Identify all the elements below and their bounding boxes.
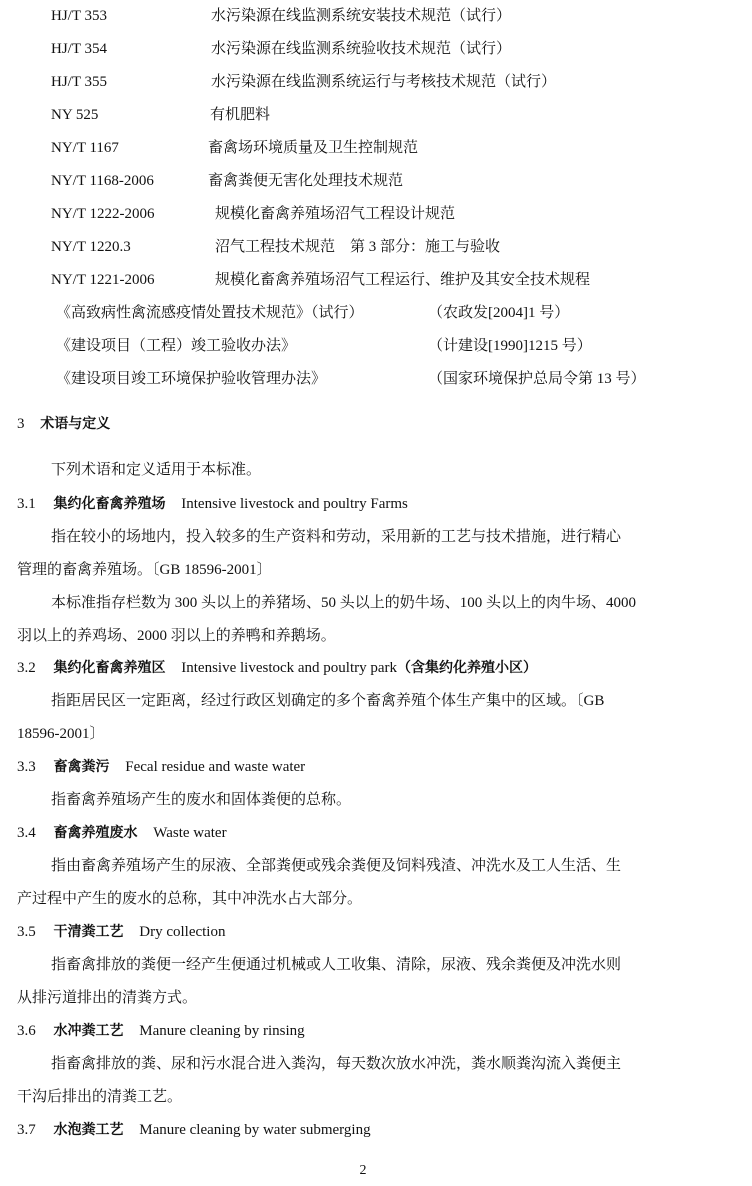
ref-code: NY 525: [51, 105, 98, 125]
ref-title: 有机肥料: [210, 105, 270, 125]
term-body: 产过程中产生的废水的总称，其中冲洗水占大部分。: [17, 889, 362, 909]
ref-title: 水污染源在线监测系统安装技术规范（试行）: [211, 6, 511, 26]
ref-title: 规模化畜禽养殖场沼气工程设计规范: [215, 204, 455, 224]
doc-title: 《建设项目（工程）竣工验收办法》: [56, 336, 296, 356]
ref-code: HJ/T 354: [51, 39, 107, 59]
term-number: 3.5: [17, 924, 36, 940]
doc-title: 《建设项目竣工环境保护验收管理办法》: [56, 369, 326, 389]
term-heading: 3.1 集约化畜禽养殖场 Intensive livestock and pou…: [17, 494, 408, 514]
term-en: Waste water: [153, 825, 226, 841]
term-number: 3.2: [17, 660, 36, 676]
term-number: 3.4: [17, 825, 36, 841]
section-heading: 3 术语与定义: [17, 414, 110, 434]
term-number: 3.6: [17, 1023, 36, 1039]
term-en: Intensive livestock and poultry park: [181, 660, 397, 676]
term-body: 干沟后排出的清粪工艺。: [17, 1087, 182, 1107]
term-body: 指畜禽养殖场产生的废水和固体粪便的总称。: [51, 790, 351, 810]
term-zh: 畜禽粪污: [54, 759, 110, 775]
page-number: 2: [0, 1163, 726, 1179]
term-body: 本标准指存栏数为 300 头以上的养猪场、50 头以上的奶牛场、100 头以上的…: [51, 593, 636, 613]
ref-code: NY/T 1222-2006: [51, 204, 154, 224]
ref-code: HJ/T 355: [51, 72, 107, 92]
ref-code: HJ/T 353: [51, 6, 107, 26]
term-heading: 3.4 畜禽养殖废水 Waste water: [17, 823, 227, 843]
term-zh: 干清粪工艺: [54, 924, 124, 940]
term-en: Intensive livestock and poultry Farms: [181, 496, 408, 512]
ref-code: NY/T 1220.3: [51, 237, 131, 257]
term-body: 18596-2001〕: [17, 724, 105, 744]
ref-code: NY/T 1167: [51, 138, 119, 158]
section-intro: 下列术语和定义适用于本标准。: [51, 460, 261, 480]
term-heading: 3.6 水冲粪工艺 Manure cleaning by rinsing: [17, 1021, 305, 1041]
term-heading: 3.7 水泡粪工艺 Manure cleaning by water subme…: [17, 1120, 371, 1140]
ref-title: 水污染源在线监测系统运行与考核技术规范（试行）: [211, 72, 556, 92]
term-zh: 集约化畜禽养殖场: [54, 496, 166, 512]
doc-number: （农政发[2004]1 号）: [428, 303, 569, 323]
ref-code: NY/T 1168-2006: [51, 171, 154, 191]
term-zh: 水冲粪工艺: [54, 1023, 124, 1039]
term-number: 3.3: [17, 759, 36, 775]
term-body: 指由畜禽养殖场产生的尿液、全部粪便或残余粪便及饲料残渣、冲洗水及工人生活、生: [51, 856, 621, 876]
doc-number: （国家环境保护总局令第 13 号）: [428, 369, 646, 389]
doc-number: （计建设[1990]1215 号）: [428, 336, 592, 356]
term-zh: 集约化畜禽养殖区: [54, 660, 166, 676]
ref-title: 水污染源在线监测系统验收技术规范（试行）: [211, 39, 511, 59]
term-body: 管理的畜禽养殖场。〔GB 18596-2001〕: [17, 560, 272, 580]
section-title: 术语与定义: [40, 416, 110, 432]
term-heading: 3.5 干清粪工艺 Dry collection: [17, 922, 225, 942]
section-number: 3: [17, 416, 25, 432]
term-body: 从排污道排出的清粪方式。: [17, 988, 197, 1008]
term-zh-suffix: （含集约化养殖小区）: [397, 660, 537, 676]
term-en: Manure cleaning by rinsing: [139, 1023, 304, 1039]
ref-title: 沼气工程技术规范 第 3 部分：施工与验收: [215, 237, 500, 257]
term-en: Fecal residue and waste water: [125, 759, 305, 775]
term-zh: 水泡粪工艺: [54, 1122, 124, 1138]
ref-title: 畜禽粪便无害化处理技术规范: [208, 171, 403, 191]
term-body: 指在较小的场地内，投入较多的生产资料和劳动，采用新的工艺与技术措施，进行精心: [51, 527, 621, 547]
ref-title: 规模化畜禽养殖场沼气工程运行、维护及其安全技术规程: [215, 270, 590, 290]
term-heading: 3.2 集约化畜禽养殖区 Intensive livestock and pou…: [17, 658, 537, 678]
term-en: Dry collection: [139, 924, 225, 940]
ref-title: 畜禽场环境质量及卫生控制规范: [208, 138, 418, 158]
term-heading: 3.3 畜禽粪污 Fecal residue and waste water: [17, 757, 305, 777]
term-body: 羽以上的养鸡场、2000 羽以上的养鸭和养鹅场。: [17, 626, 336, 646]
ref-code: NY/T 1221-2006: [51, 270, 154, 290]
term-body: 指畜禽排放的粪、尿和污水混合进入粪沟，每天数次放水冲洗，粪水顺粪沟流入粪便主: [51, 1054, 621, 1074]
term-number: 3.1: [17, 496, 36, 512]
doc-title: 《高致病性禽流感疫情处置技术规范》（试行）: [56, 303, 364, 323]
term-body: 指畜禽排放的粪便一经产生便通过机械或人工收集、清除，尿液、残余粪便及冲洗水则: [51, 955, 621, 975]
term-number: 3.7: [17, 1122, 36, 1138]
term-en: Manure cleaning by water submerging: [139, 1122, 370, 1138]
term-body: 指距居民区一定距离，经过行政区划确定的多个畜禽养殖个体生产集中的区域。〔GB: [51, 691, 604, 711]
term-zh: 畜禽养殖废水: [54, 825, 138, 841]
